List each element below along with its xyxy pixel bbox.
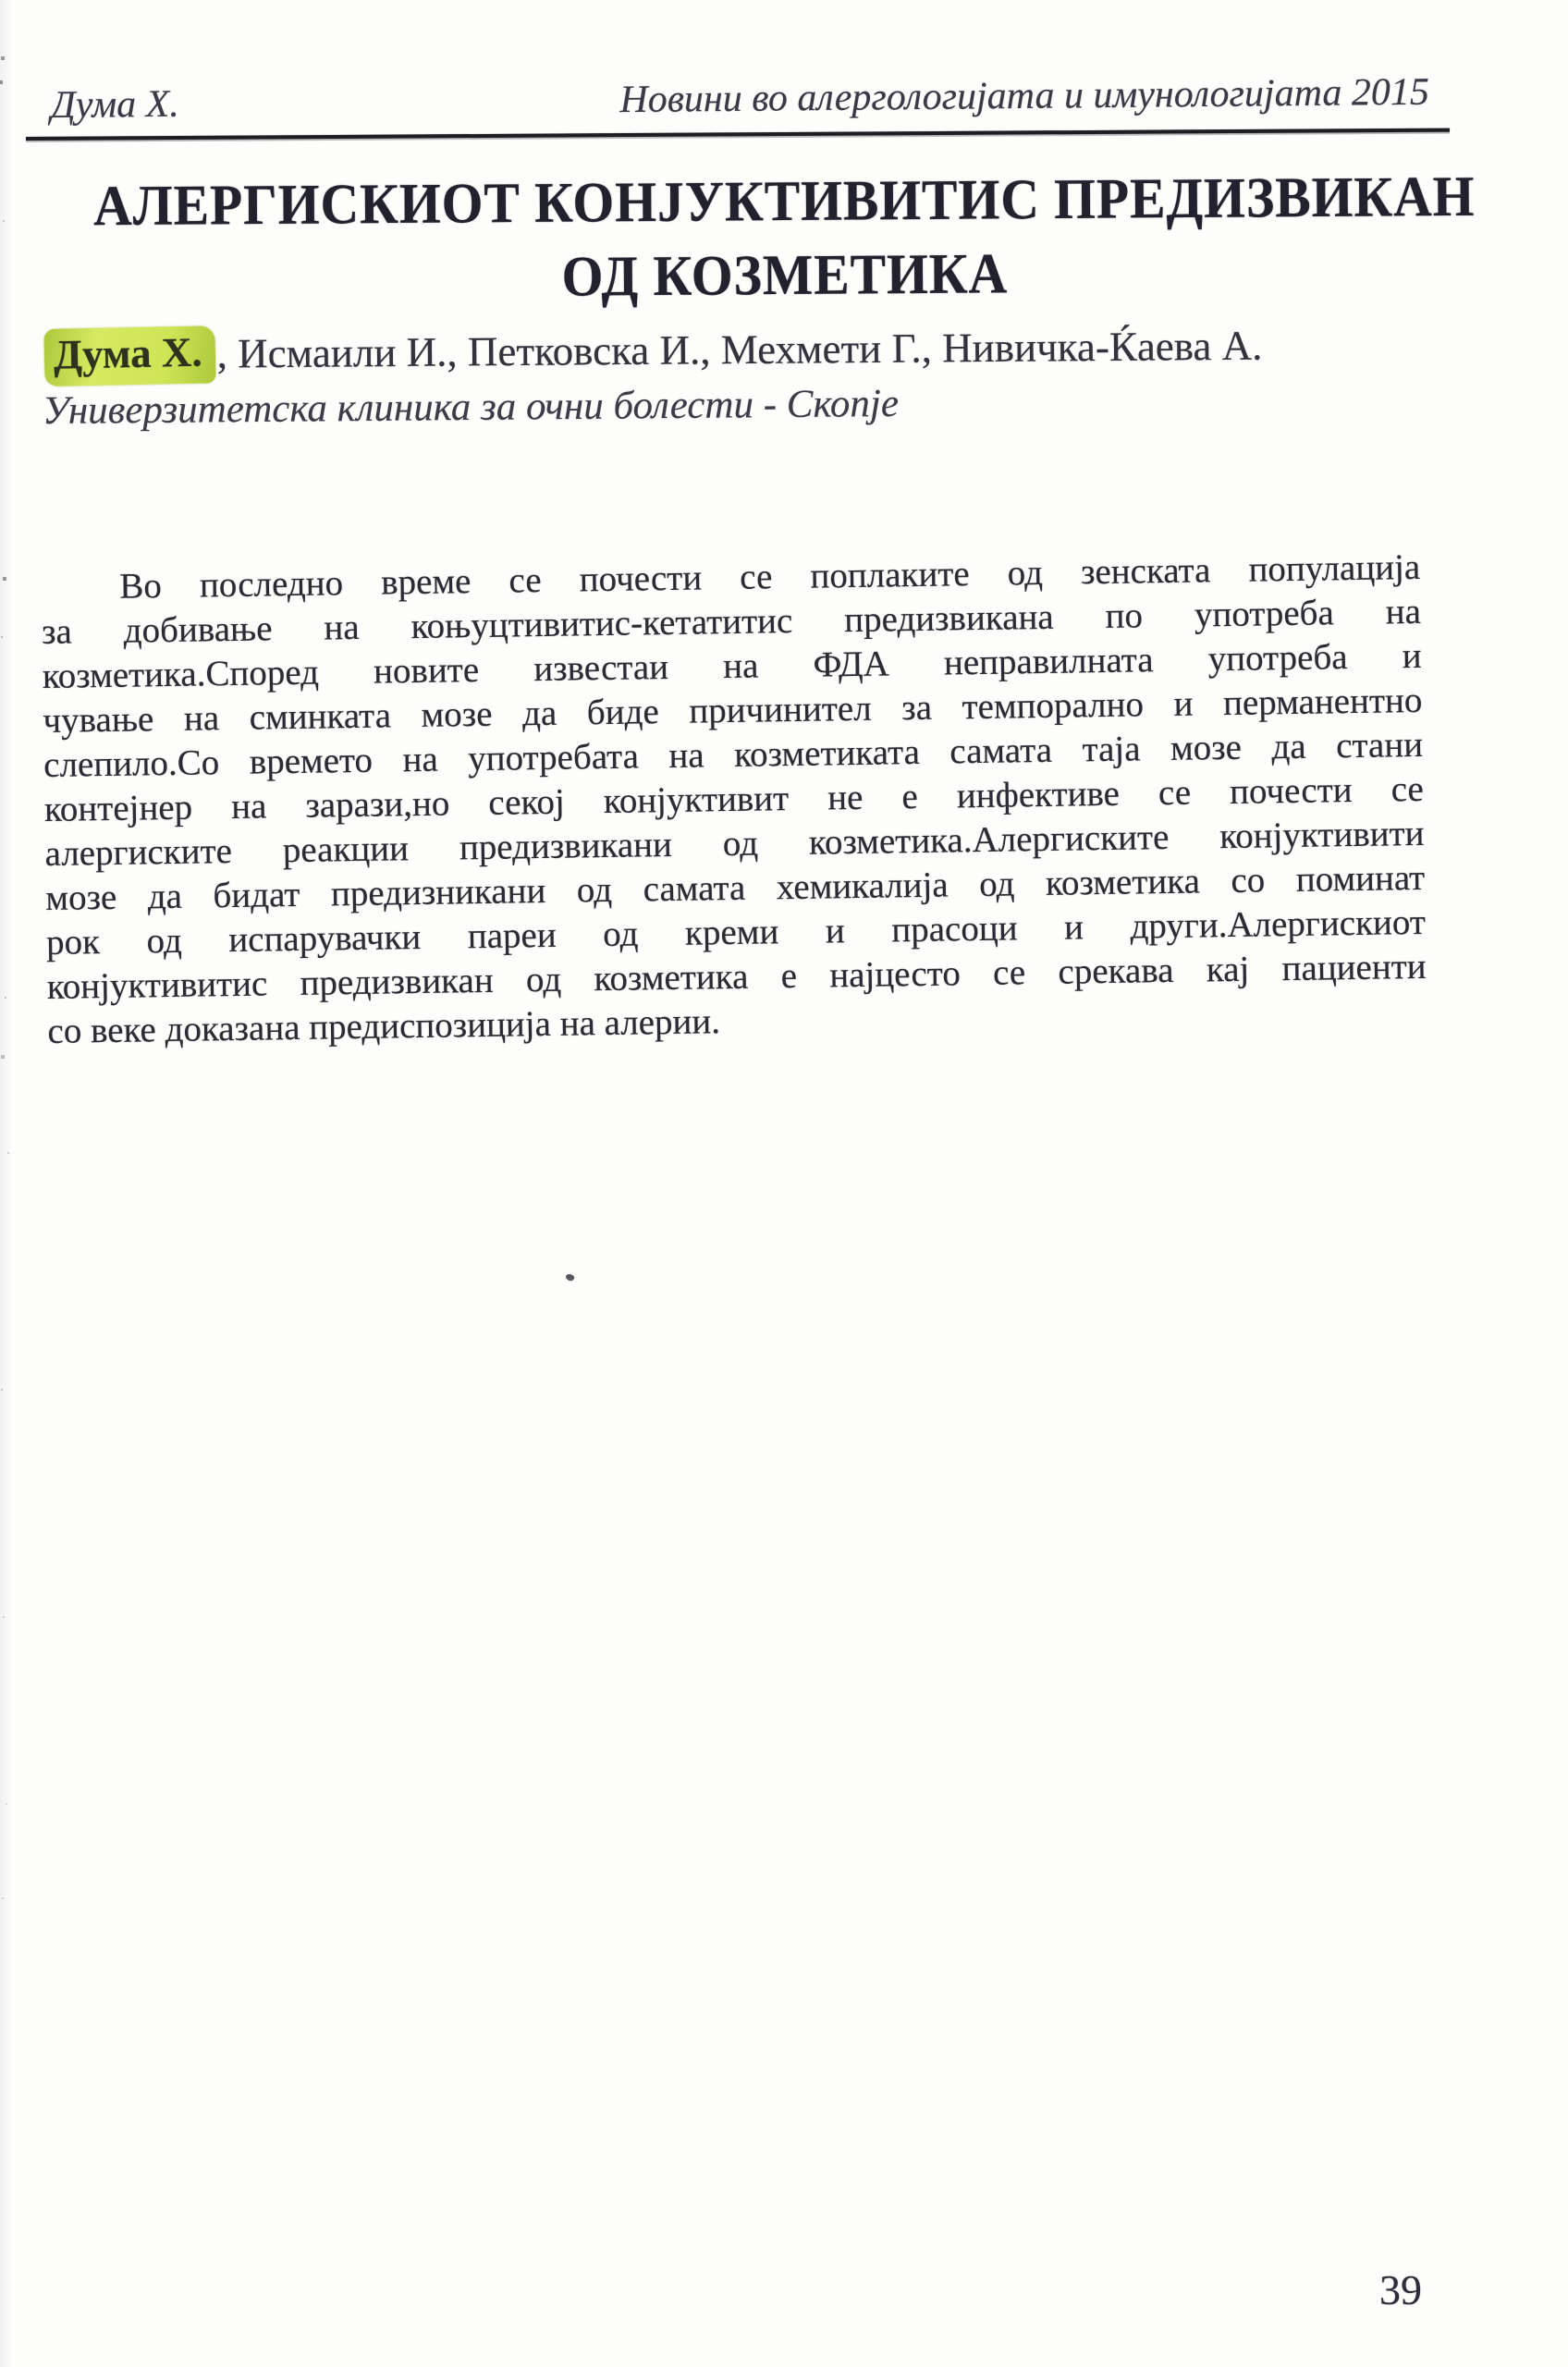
highlighted-author: Дума Х.: [43, 325, 215, 386]
scan-edge-shade: [0, 0, 13, 2367]
affiliation: Универзитетска клиника за очни болести -…: [43, 381, 899, 434]
scanned-page: Дума Х. Новини во алергологијата и имуно…: [0, 0, 1568, 2367]
ink-speck: [565, 1272, 575, 1282]
article-title-line-2: ОД КОЗМЕТИКА: [55, 233, 1514, 317]
page-number: 39: [1379, 2265, 1422, 2314]
coauthors: , Исмаили И., Петковска И., Мехмети Г., …: [216, 323, 1262, 377]
running-head: Дума Х. Новини во алергологијата и имуно…: [51, 70, 1429, 128]
article-title-line-1: АЛЕРГИСКИОТ КОНЈУКТИВИТИС ПРЕДИЗВИКАН: [55, 159, 1513, 243]
running-head-journal: Новини во алергологијата и имунологијата…: [619, 70, 1429, 122]
running-head-author: Дума Х.: [51, 82, 179, 128]
header-rule: [26, 129, 1450, 141]
scan-noise-specks: [0, 0, 2, 2]
abstract-paragraph: Во последно време се почести се поплакит…: [41, 546, 1427, 1054]
article-title: АЛЕРГИСКИОТ КОНЈУКТИВИТИС ПРЕДИЗВИКАН ОД…: [55, 159, 1513, 317]
authors-line: Дума Х., Исмаили И., Петковска И., Мехме…: [44, 320, 1263, 386]
